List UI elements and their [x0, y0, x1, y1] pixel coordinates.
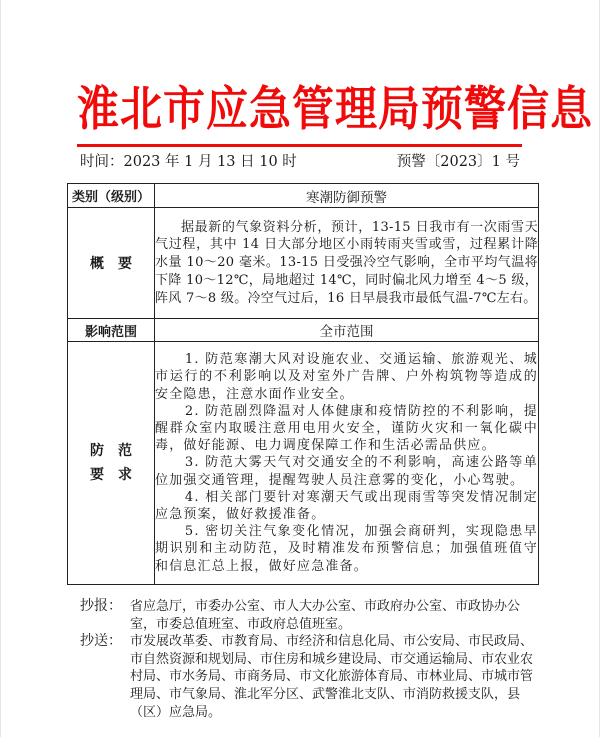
- title-divider: [77, 144, 522, 147]
- requirement-item-2: 2. 防范剧烈降温对人体健康和疫情防控的不利影响，提醒群众室内取暖注意用电用火安…: [155, 403, 538, 455]
- table-row-requirements: 防 范 要 求 1. 防范寒潮大风对设施农业、交通运输、旅游观光、城市运行的不利…: [68, 342, 539, 585]
- requirements-label-line1: 防 范: [68, 439, 154, 463]
- warning-table: 类别（级别） 寒潮防御预警 概 要 据最新的气象资料分析，预计，13-15 日我…: [67, 183, 539, 585]
- summary-text: 据最新的气象资料分析，预计，13-15 日我市有一次雨雪天气过程，其中 14 日…: [155, 219, 538, 308]
- requirement-item-4: 4. 相关部门要针对寒潮天气或出现雨雪等突发情况制定应急预案，做好救援准备。: [155, 489, 538, 523]
- table-row-summary: 概 要 据最新的气象资料分析，预计，13-15 日我市有一次雨雪天气过程，其中 …: [68, 208, 539, 319]
- report-to-row: 抄报： 省应急厅，市委办公室、市人大办公室、市政府办公室、市政协办公室，市委总值…: [80, 598, 540, 633]
- document-number: 预警〔2023〕1 号: [397, 152, 520, 172]
- send-to-list: 市发展改革委、市教育局、市经济和信息化局、市公安局、市民政局、市自然资源和规划局…: [130, 633, 540, 721]
- summary-cell: 据最新的气象资料分析，预计，13-15 日我市有一次雨雪天气过程，其中 14 日…: [155, 208, 539, 319]
- document-title: 淮北市应急管理局预警信息: [77, 80, 523, 138]
- requirement-item-1: 1. 防范寒潮大风对设施农业、交通运输、旅游观光、城市运行的不利影响以及对室外广…: [155, 351, 538, 403]
- category-value: 寒潮防御预警: [155, 184, 539, 208]
- issue-time: 时间：2023 年 1 月 13 日 10 时: [80, 152, 297, 172]
- report-to-label: 抄报：: [80, 598, 130, 633]
- requirements-label-line2: 要 求: [68, 463, 154, 487]
- page-edge-left: [0, 0, 1, 737]
- category-label: 类别（级别）: [68, 184, 155, 208]
- summary-label: 概 要: [68, 208, 155, 319]
- meta-row: 时间：2023 年 1 月 13 日 10 时 预警〔2023〕1 号: [80, 152, 520, 172]
- distribution-section: 抄报： 省应急厅，市委办公室、市人大办公室、市政府办公室、市政协办公室，市委总值…: [80, 598, 540, 721]
- send-to-label: 抄送：: [80, 633, 130, 721]
- table-row-category: 类别（级别） 寒潮防御预警: [68, 184, 539, 208]
- report-to-list: 省应急厅，市委办公室、市人大办公室、市政府办公室、市政协办公室，市委总值班室、市…: [130, 598, 540, 633]
- send-to-row: 抄送： 市发展改革委、市教育局、市经济和信息化局、市公安局、市民政局、市自然资源…: [80, 633, 540, 721]
- requirements-label: 防 范 要 求: [68, 342, 155, 585]
- table-row-scope: 影响范围 全市范围: [68, 319, 539, 342]
- scope-value: 全市范围: [155, 319, 539, 342]
- scope-label: 影响范围: [68, 319, 155, 342]
- requirement-item-5: 5. 密切关注气象变化情况，加强会商研判，实现隐患早期识别和主动防范，及时精准发…: [155, 523, 538, 575]
- requirements-cell: 1. 防范寒潮大风对设施农业、交通运输、旅游观光、城市运行的不利影响以及对室外广…: [155, 342, 539, 585]
- requirement-item-3: 3. 防范大雾天气对交通安全的不利影响，高速公路等单位加强交通管理，提醒驾驶人员…: [155, 454, 538, 488]
